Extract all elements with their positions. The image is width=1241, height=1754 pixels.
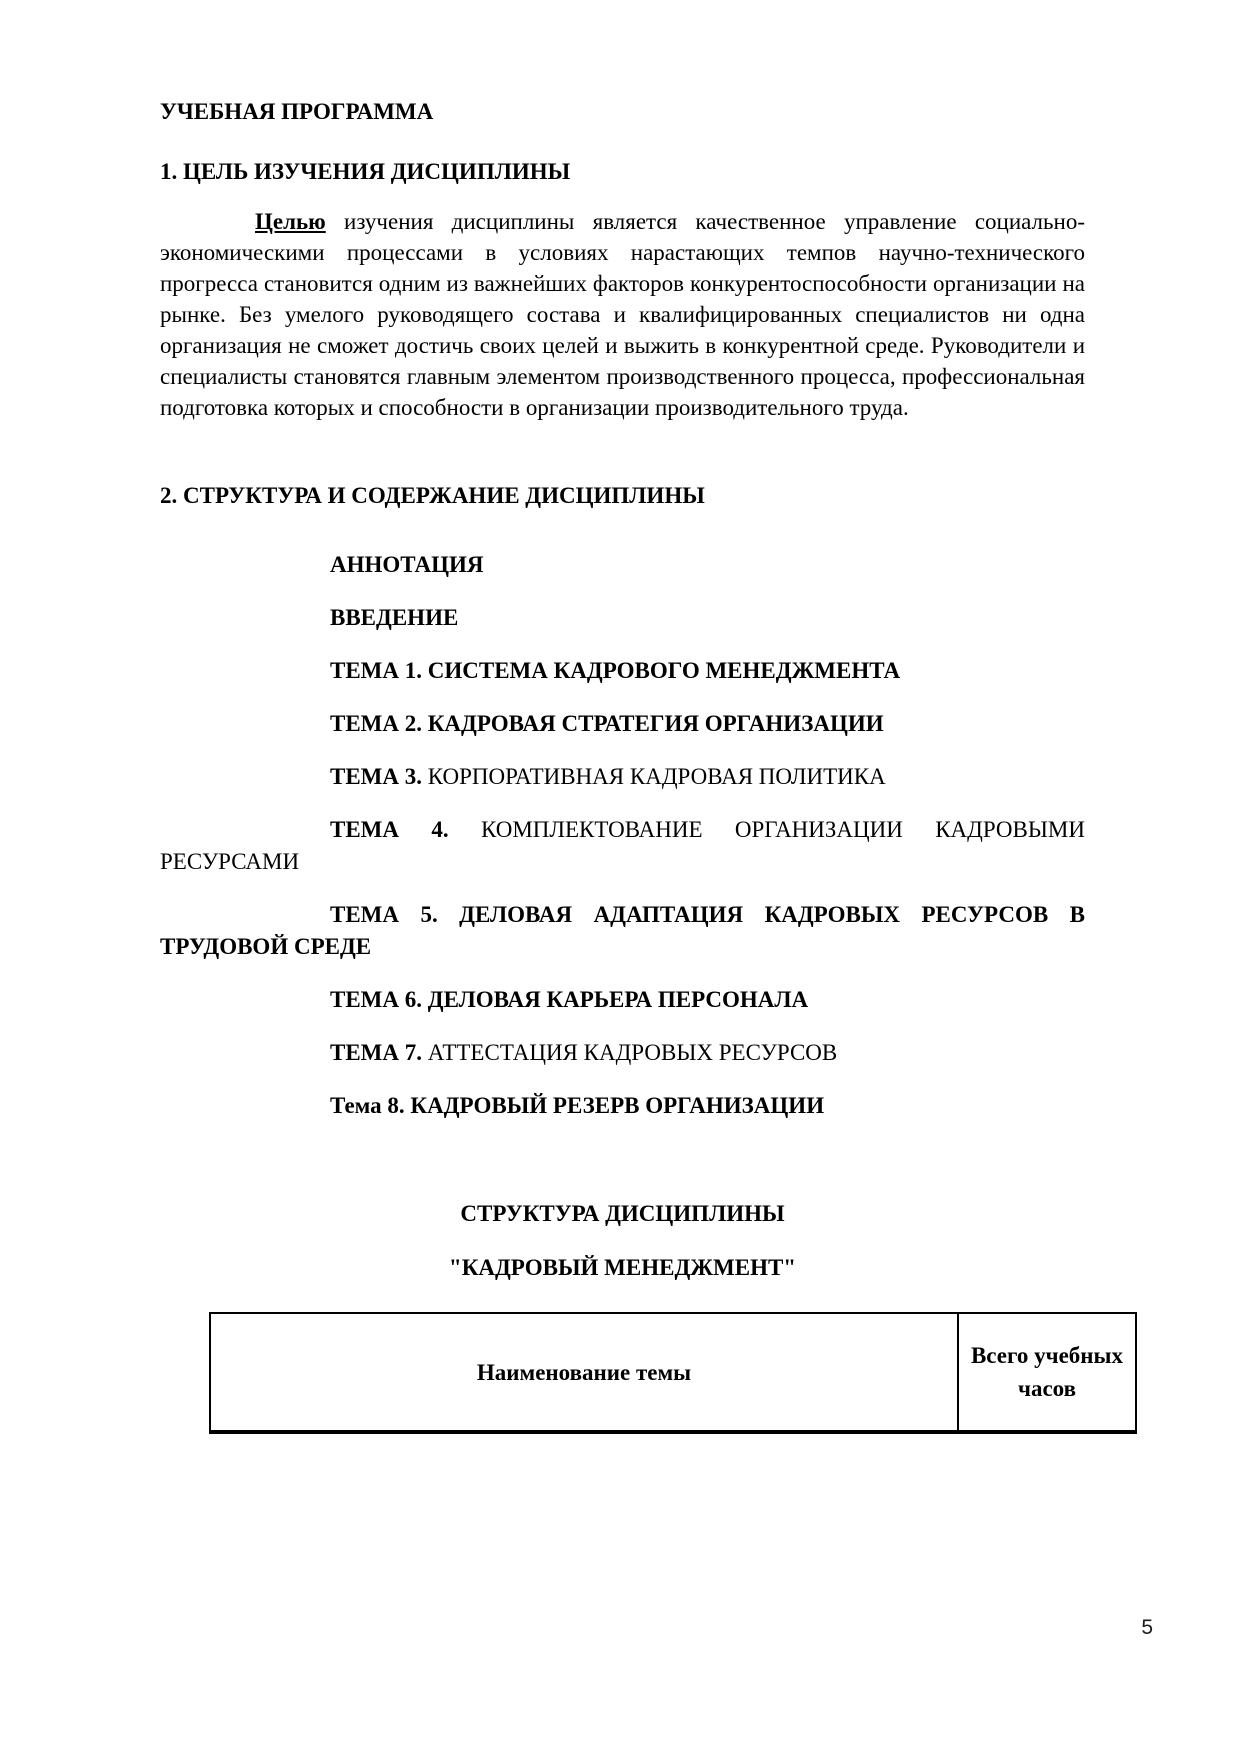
structure-table-header-row: Наименование темы Всего учебных часов (210, 1313, 1136, 1432)
topic-item-annotation: АННОТАЦИЯ (160, 549, 1085, 581)
topic-item-6: ТЕМА 6. ДЕЛОВАЯ КАРЬЕРА ПЕРСОНАЛА (160, 984, 1085, 1016)
topic-item-bold: АННОТАЦИЯ (330, 552, 483, 577)
structure-title: СТРУКТУРА ДИСЦИПЛИНЫ (160, 1198, 1085, 1230)
topic-item-rest: АТТЕСТАЦИЯ КАДРОВЫХ РЕСУРСОВ (422, 1040, 837, 1065)
table-header-topic-name: Наименование темы (210, 1313, 958, 1432)
topics-list: АННОТАЦИЯ ВВЕДЕНИЕ ТЕМА 1. СИСТЕМА КАДРО… (160, 549, 1085, 1122)
document-page: УЧЕБНАЯ ПРОГРАММА 1. ЦЕЛЬ ИЗУЧЕНИЯ ДИСЦИ… (0, 0, 1241, 1754)
document-title: УЧЕБНАЯ ПРОГРАММА (160, 96, 1085, 127)
topic-item-rest: КОРПОРАТИВНАЯ КАДРОВАЯ ПОЛИТИКА (422, 764, 886, 789)
paragraph-body-text: изучения дисциплины является качественно… (160, 209, 1085, 420)
topic-item-bold: ТЕМА 7. (330, 1040, 422, 1065)
topic-item-2: ТЕМА 2. КАДРОВАЯ СТРАТЕГИЯ ОРГАНИЗАЦИИ (160, 708, 1085, 740)
page-number: 5 (1141, 1616, 1153, 1640)
topic-item-bold: ТЕМА 6. ДЕЛОВАЯ КАРЬЕРА ПЕРСОНАЛА (330, 987, 808, 1012)
structure-subtitle: "КАДРОВЫЙ МЕНЕДЖМЕНТ" (160, 1252, 1085, 1284)
topic-item-3: ТЕМА 3. КОРПОРАТИВНАЯ КАДРОВАЯ ПОЛИТИКА (160, 761, 1085, 793)
topic-item-8: Тема 8. КАДРОВЫЙ РЕЗЕРВ ОРГАНИЗАЦИИ (160, 1090, 1085, 1122)
table-header-total-hours: Всего учебных часов (958, 1313, 1136, 1432)
topic-item-5: ТЕМА 5. ДЕЛОВАЯ АДАПТАЦИЯ КАДРОВЫХ РЕСУР… (160, 899, 1085, 963)
structure-table: Наименование темы Всего учебных часов (209, 1312, 1137, 1434)
paragraph-lead-word: Целью (255, 209, 326, 234)
section-1-paragraph: Целью изучения дисциплины является качес… (160, 206, 1085, 423)
topic-item-7: ТЕМА 7. АТТЕСТАЦИЯ КАДРОВЫХ РЕСУРСОВ (160, 1037, 1085, 1069)
topic-item-introduction: ВВЕДЕНИЕ (160, 602, 1085, 634)
topic-item-bold: ТЕМА 3. (330, 764, 422, 789)
topic-item-bold: ТЕМА 4. (330, 817, 449, 842)
section-2-heading: 2. СТРУКТУРА И СОДЕРЖАНИЕ ДИСЦИПЛИНЫ (160, 480, 1085, 511)
topic-item-bold: ТЕМА 1. СИСТЕМА КАДРОВОГО МЕНЕДЖМЕНТА (330, 658, 900, 683)
topic-item-bold: Тема 8. КАДРОВЫЙ РЕЗЕРВ ОРГАНИЗАЦИИ (330, 1093, 824, 1118)
topic-item-rest: КОМПЛЕКТОВАНИЕ ОРГАНИЗАЦИИ КАДРОВЫМИ РЕС… (160, 817, 1085, 874)
topic-item-4: ТЕМА 4. КОМПЛЕКТОВАНИЕ ОРГАНИЗАЦИИ КАДРО… (160, 814, 1085, 878)
topic-item-bold: ТЕМА 5. ДЕЛОВАЯ АДАПТАЦИЯ КАДРОВЫХ РЕСУР… (160, 902, 1085, 959)
section-1-heading: 1. ЦЕЛЬ ИЗУЧЕНИЯ ДИСЦИПЛИНЫ (160, 156, 1085, 187)
topic-item-1: ТЕМА 1. СИСТЕМА КАДРОВОГО МЕНЕДЖМЕНТА (160, 655, 1085, 687)
topic-item-bold: ВВЕДЕНИЕ (330, 605, 458, 630)
topic-item-bold: ТЕМА 2. КАДРОВАЯ СТРАТЕГИЯ ОРГАНИЗАЦИИ (330, 711, 884, 736)
